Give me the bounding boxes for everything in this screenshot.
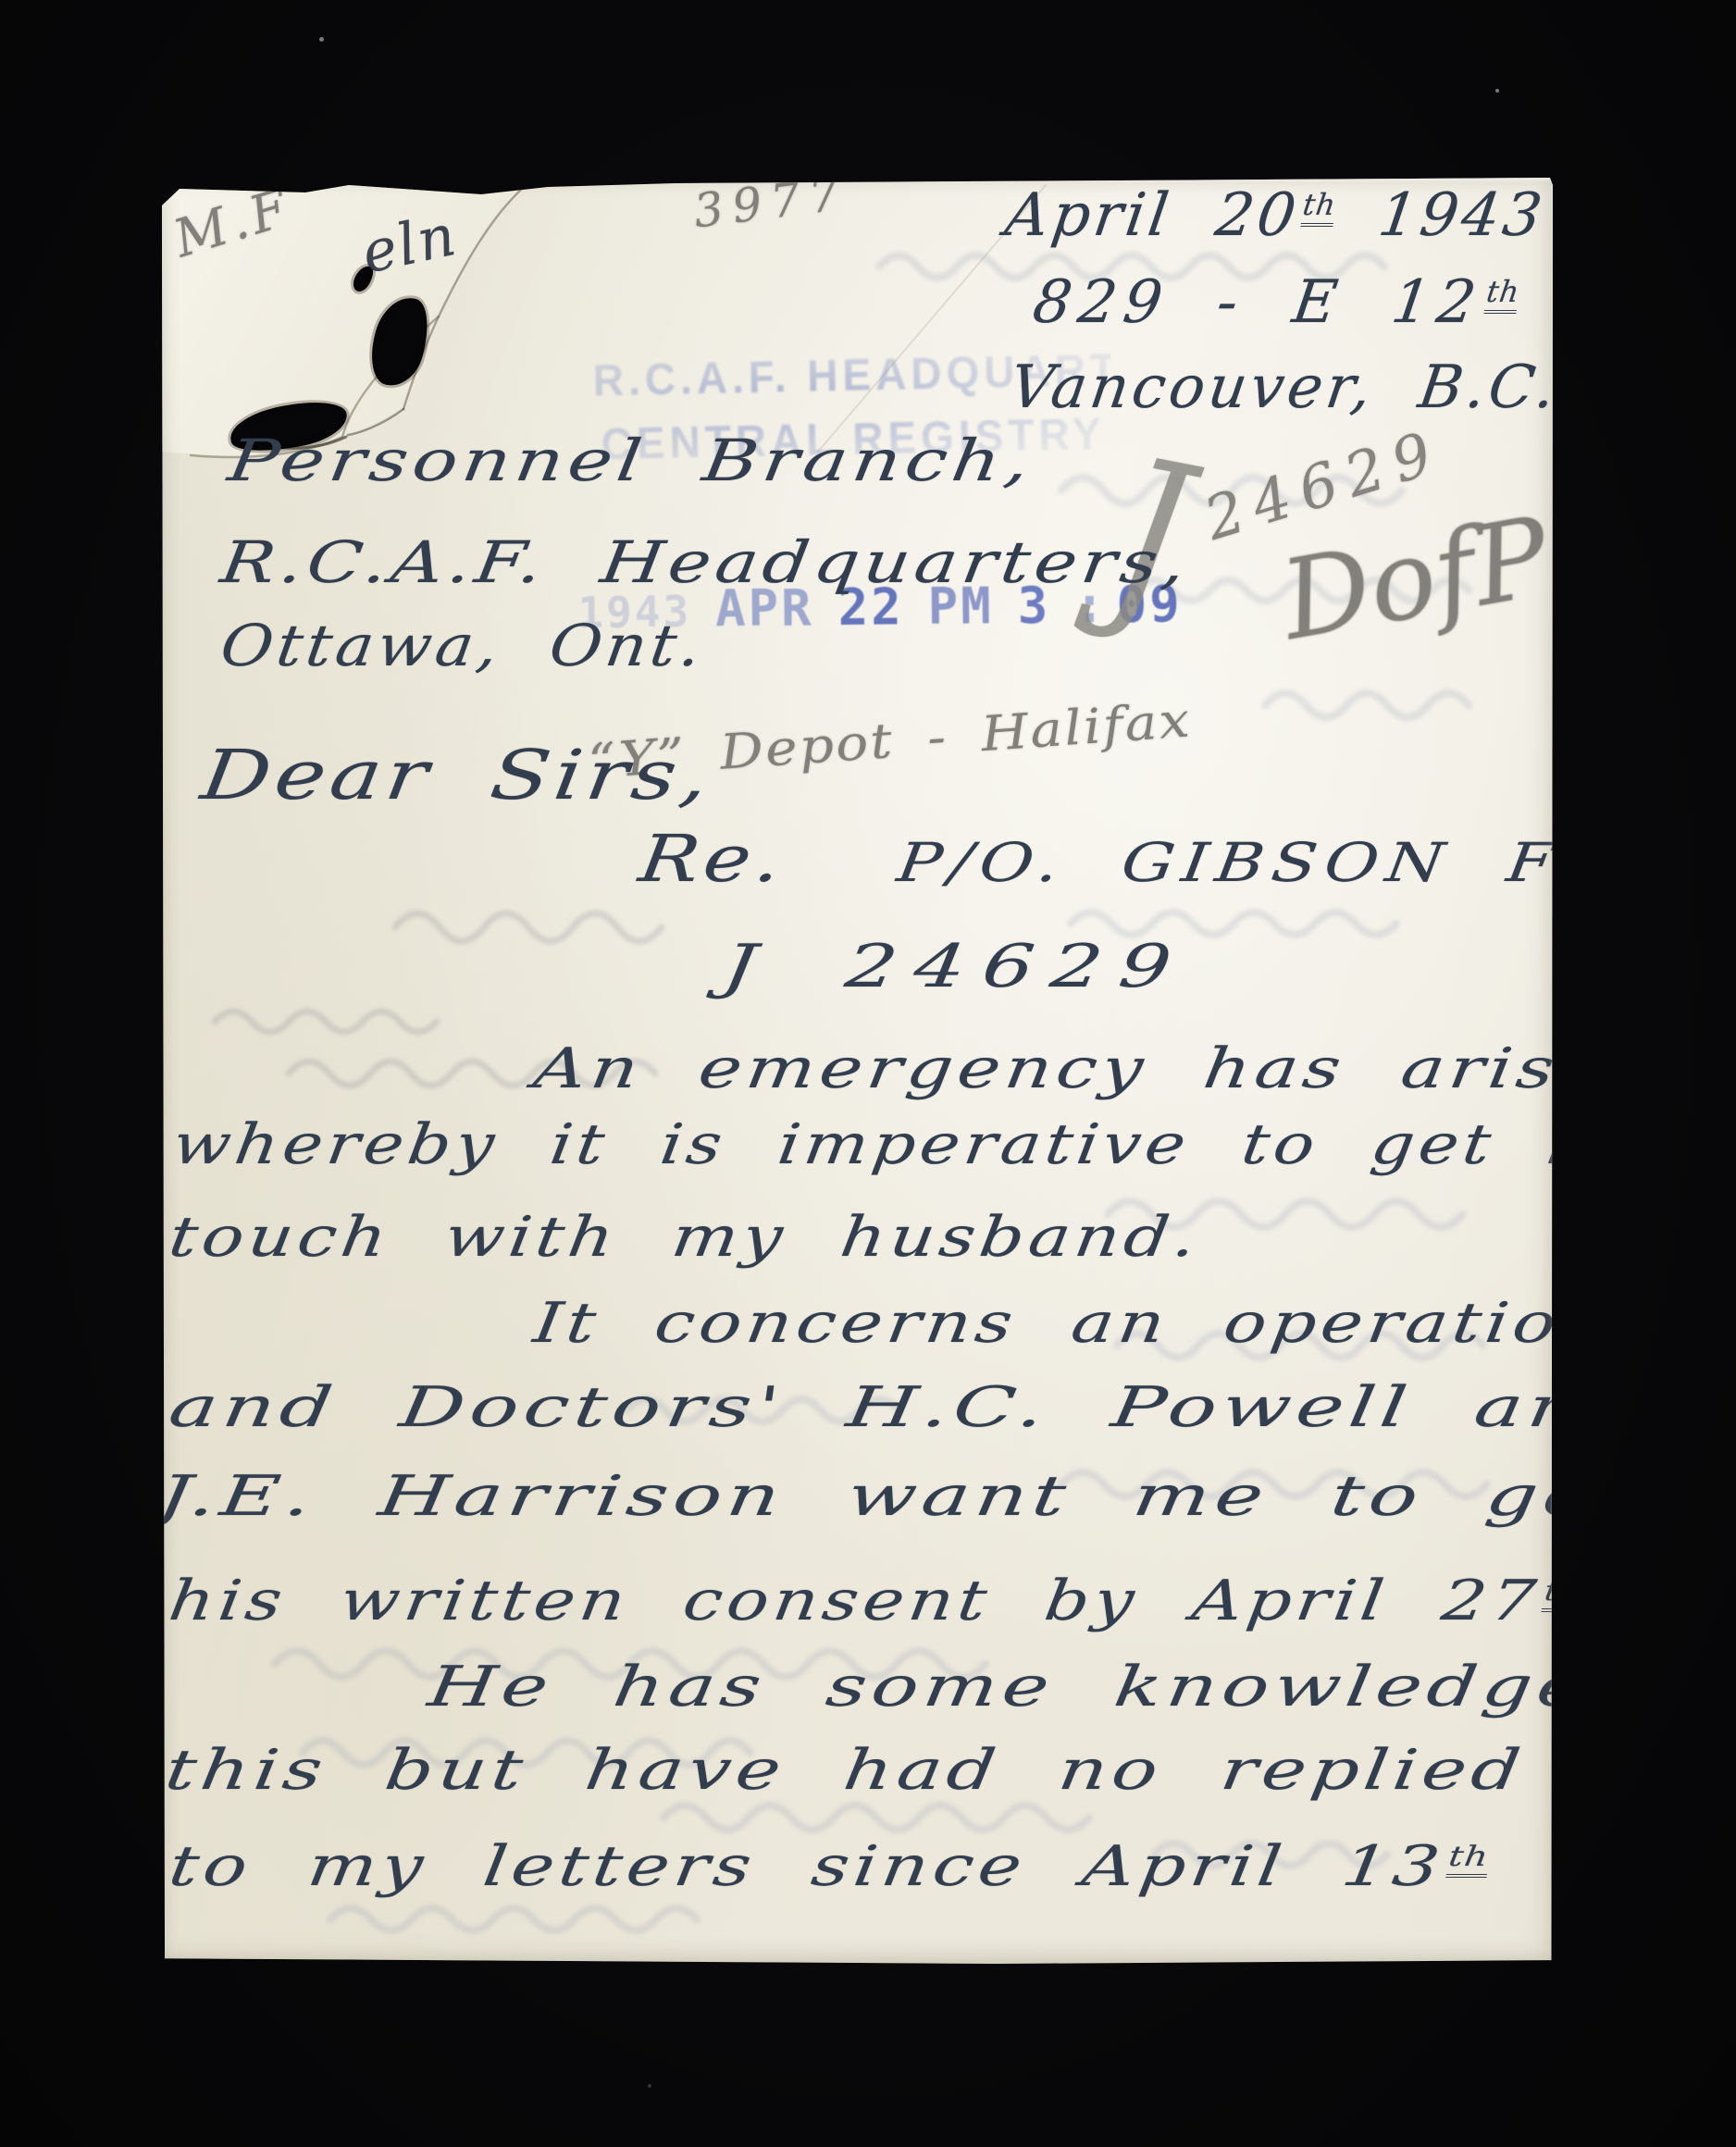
body-line-10-ordinal: th	[1445, 1841, 1491, 1878]
subject-name: P/O. GIBSON F.G.	[894, 831, 1670, 894]
body-line-8: He has some knowledge of	[425, 1657, 1736, 1718]
subject-re: Re.	[635, 821, 790, 897]
greeting: Dear Sirs,	[197, 738, 718, 813]
date-year: 1943	[1330, 181, 1550, 250]
body-line-5: and Doctors' H.C. Powell and	[166, 1377, 1647, 1438]
dust-speck	[319, 37, 324, 42]
body-line-2: whereby it is imperative to get in	[169, 1114, 1626, 1175]
dust-speck	[648, 2084, 651, 2088]
body-line-3: touch with my husband.	[166, 1207, 1205, 1268]
recipient-line-3: Ottawa, Ont.	[217, 614, 708, 677]
date-day: April 20	[1001, 181, 1304, 250]
scanned-letter-image: M.F eln 3977 R.C.A.F. HEADQUARTERS CENTR…	[0, 0, 1736, 2147]
body-line-4: It concerns an operation	[530, 1293, 1615, 1354]
body-line-1: An emergency has arisen	[530, 1038, 1662, 1099]
body-line-9: this but have had no replied	[162, 1740, 1529, 1801]
body-line-7-ordinal: th	[1542, 1575, 1585, 1612]
sender-street-line: 829 - E 12th	[1029, 270, 1522, 335]
recipient-line-1: Personnel Branch,	[224, 429, 1037, 492]
street-ordinal: th	[1483, 274, 1522, 314]
body-line-7: his written consent by April 27th.	[166, 1570, 1613, 1632]
dust-speck	[1495, 89, 1499, 93]
body-line-7-text: his written consent by April 27	[165, 1569, 1544, 1633]
subject-service-number: J 24629	[719, 935, 1193, 999]
date-line: April 20th 1943	[1001, 183, 1549, 248]
body-line-10: to my letters since April 13th	[166, 1836, 1493, 1897]
pencil-file-number: 3977	[691, 170, 850, 235]
letter-page: M.F eln 3977 R.C.A.F. HEADQUARTERS CENTR…	[159, 178, 1553, 1964]
subject-line: Re. P/O. GIBSON F.G.	[635, 824, 1671, 895]
sender-city-line: Vancouver, B.C.	[1006, 355, 1563, 420]
recipient-line-2: R.C.A.F. Headquarters,	[217, 531, 1194, 594]
body-line-10-text: to my letters since April 13	[165, 1834, 1448, 1899]
body-line-7-period: .	[1578, 1569, 1614, 1633]
street-number: 829 - E 12	[1029, 268, 1487, 337]
body-line-6: J.E. Harrison want me to get	[155, 1466, 1638, 1527]
